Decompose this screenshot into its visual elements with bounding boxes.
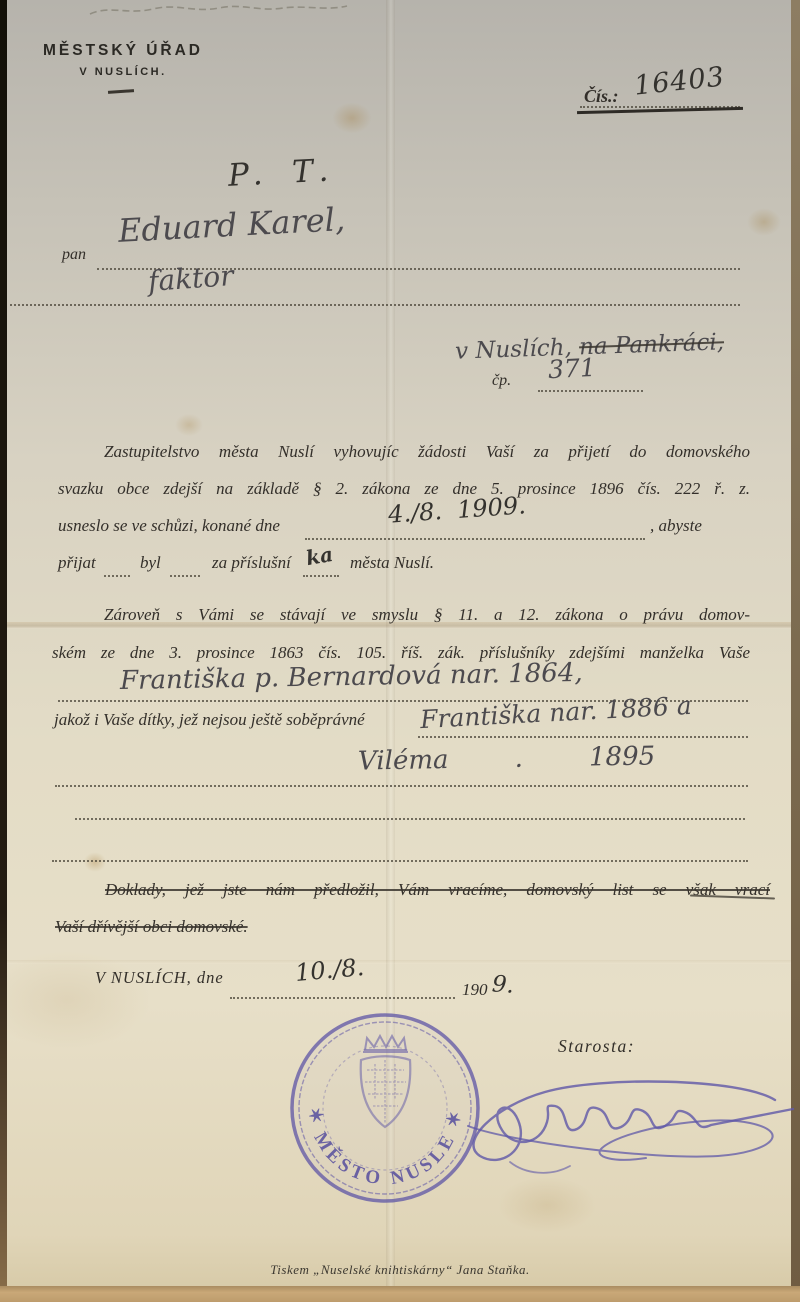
paragraph1-line4-word3: za příslušní — [212, 553, 291, 573]
meeting-date-dotted-line — [305, 536, 645, 540]
struck-paragraph-line1: Doklady, jež jste nám předložil, Vám vra… — [60, 880, 770, 900]
pencil-scribble — [85, 0, 385, 20]
horizontal-fold-crease-2 — [7, 960, 791, 964]
photo-edge-left — [0, 0, 7, 1302]
paragraph1-line3-post: , abyste — [650, 516, 702, 536]
pan-label: pan — [62, 246, 86, 264]
child2-handwritten: Viléma . 1895 — [358, 741, 656, 776]
dateline-dotted-line — [230, 995, 455, 999]
empty-dotted-line-1 — [75, 816, 745, 820]
dateline-place: V NUSLÍCH, dne — [95, 968, 224, 988]
salutation: P. T. — [227, 152, 339, 194]
struck-paragraph-line2: Vaší dřívější obci domovské. — [55, 917, 248, 937]
paragraph2-line1: Zároveň s Vámi se stávají ve smyslu § 11… — [58, 605, 750, 625]
empty-dotted-line-2 — [52, 858, 748, 862]
paragraph1-line2: svazku obce zdejší na základě § 2. zákon… — [58, 479, 750, 499]
letterhead-office: MĚSTSKÝ ÚŘAD — [38, 42, 208, 60]
blank-1 — [104, 573, 130, 577]
paragraph1-line3-pre: usneslo se ve schůzi, konané dne — [58, 516, 280, 536]
paragraph2-line3: jakož i Vaše dítky, jež nejsou ještě sob… — [54, 710, 365, 730]
dateline-year-printed: 190 — [462, 980, 488, 1000]
occupation-dotted-line — [10, 302, 740, 306]
cp-dotted-line — [538, 388, 643, 392]
photo-edge-bottom — [0, 1286, 800, 1302]
dateline-day-handwritten: 10./8. — [294, 953, 365, 987]
signature-label: Starosta: — [558, 1036, 635, 1057]
house-number-handwritten: 371 — [547, 353, 596, 384]
printer-imprint: Tiskem „Nuselské knihtiskárny“ Jana Staň… — [0, 1262, 800, 1278]
occupation-handwritten: faktor — [147, 259, 235, 298]
child1-dotted-line — [418, 734, 748, 738]
paragraph1-line4-word1: přijat — [58, 553, 96, 573]
paragraph1-line4-word4: města Nuslí. — [350, 553, 434, 573]
child2-dotted-line — [55, 783, 748, 787]
dateline-year-handwritten: 9. — [491, 971, 515, 998]
mayor-signature — [450, 1062, 800, 1187]
paragraph2-line2: ském ze dne 3. prosince 1863 čís. 105. ř… — [52, 643, 750, 663]
blank-3 — [303, 573, 339, 577]
document-photo: MĚSTSKÝ ÚŘAD V NUSLÍCH. Čís.: 16403 P. T… — [0, 0, 800, 1302]
cp-label: čp. — [492, 372, 511, 390]
blank-2 — [170, 573, 200, 577]
letterhead-place: V NUSLÍCH. — [38, 66, 208, 78]
paragraph1-line1: Zastupitelstvo města Nuslí vyhovujíc žád… — [58, 442, 750, 462]
paragraph1-line4-word2: byl — [140, 553, 161, 573]
residence-struck: na Pankráci, — [579, 329, 725, 360]
suffix-ka-handwritten: ka — [304, 542, 335, 570]
